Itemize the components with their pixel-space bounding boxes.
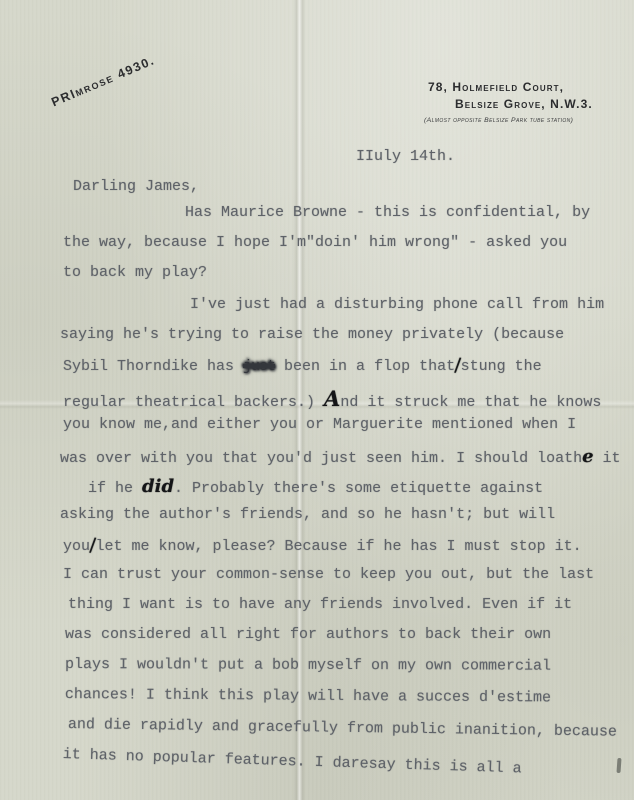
letter-line: Sybil Thorndike has just been in a flop … (63, 356, 542, 375)
letter-line: was over with you that you'd just seen h… (60, 446, 621, 467)
typed-text: I can trust your common-sense to keep yo… (63, 566, 594, 583)
typed-text: I've just had a disturbing phone call fr… (190, 296, 604, 313)
typed-text: Sybil Thorndike has (63, 358, 243, 375)
typed-text: was over with you that you'd just seen h… (60, 450, 582, 467)
letter-line: you/let me know, please? Because if he h… (63, 536, 582, 555)
typed-text: regular theatrical backers.) (63, 394, 324, 411)
letter-line: to back my play? (63, 264, 207, 281)
typed-text: you (63, 538, 90, 555)
typed-text: thing I want is to have any friends invo… (68, 596, 572, 613)
typed-text: you know me,and either you or Marguerite… (63, 416, 576, 433)
phone-number-stamp: PRImrose 4930. (49, 30, 211, 109)
typed-text: stung the (461, 358, 542, 375)
typed-text: the way, because I hope I'm"doin' him wr… (63, 234, 567, 251)
typed-text: chances! I think this play will have a s… (65, 686, 551, 706)
letter-line: you know me,and either you or Marguerite… (63, 416, 576, 433)
typed-text: . Probably there's some etiquette agains… (174, 480, 543, 497)
handwritten-ink: did (142, 476, 174, 497)
typed-text: plays I wouldn't put a bob myself on my … (65, 656, 551, 675)
handwritten-ink: A (324, 386, 340, 411)
letter-line: chances! I think this play will have a s… (65, 686, 551, 706)
letter-line: plays I wouldn't put a bob myself on my … (65, 656, 551, 675)
letterhead-address-line-1: 78, Holmefield Court, (428, 80, 564, 94)
letter-line: the way, because I hope I'm"doin' him wr… (63, 234, 567, 251)
letter-line: thing I want is to have any friends invo… (68, 596, 572, 613)
letter-line: if he did. Probably there's some etiquet… (88, 476, 543, 497)
typed-text: nd it struck me that he knows (340, 394, 601, 411)
letter-line: was considered all right for authors to … (65, 626, 551, 643)
typed-text: it has no popular features. I daresay th… (62, 746, 521, 777)
typed-text: to back my play? (63, 264, 207, 281)
typed-text: asking the author's friends, and so he h… (60, 506, 555, 523)
typed-text: was considered all right for authors to … (65, 626, 551, 643)
letter-line: Has Maurice Browne - this is confidentia… (185, 204, 590, 221)
letter-line: it has no popular features. I daresay th… (62, 746, 521, 777)
struck-out-word: just (243, 358, 275, 375)
typed-text: saying he's trying to raise the money pr… (60, 326, 564, 343)
letter-salutation: Darling James, (73, 178, 199, 195)
letter-page: PRImrose 4930. 78, Holmefield Court, Bel… (0, 0, 634, 800)
typed-text: it (594, 450, 621, 467)
typed-text: and die rapidly and gracefully from publ… (68, 716, 617, 741)
ink-smudge (616, 758, 621, 773)
letter-date: IIuly 14th. (356, 148, 455, 165)
letter-line: I've just had a disturbing phone call fr… (190, 296, 604, 313)
handwritten-ink: e (582, 446, 593, 467)
letter-line: I can trust your common-sense to keep yo… (63, 566, 594, 583)
letterhead-address-line-2: Belsize Grove, N.W.3. (455, 97, 593, 111)
letter-line: asking the author's friends, and so he h… (60, 506, 555, 523)
typed-text: Has Maurice Browne - this is confidentia… (185, 204, 590, 221)
typed-text: if he (88, 480, 142, 497)
letter-line: saying he's trying to raise the money pr… (60, 326, 564, 343)
typed-text: been in a flop that (275, 358, 455, 375)
letterhead-note: (Almost opposite Belsize Park tube stati… (424, 117, 573, 124)
letter-line: and die rapidly and gracefully from publ… (68, 716, 617, 741)
typed-text: let me know, please? Because if he has I… (96, 538, 582, 555)
letter-line: regular theatrical backers.) And it stru… (63, 386, 601, 411)
